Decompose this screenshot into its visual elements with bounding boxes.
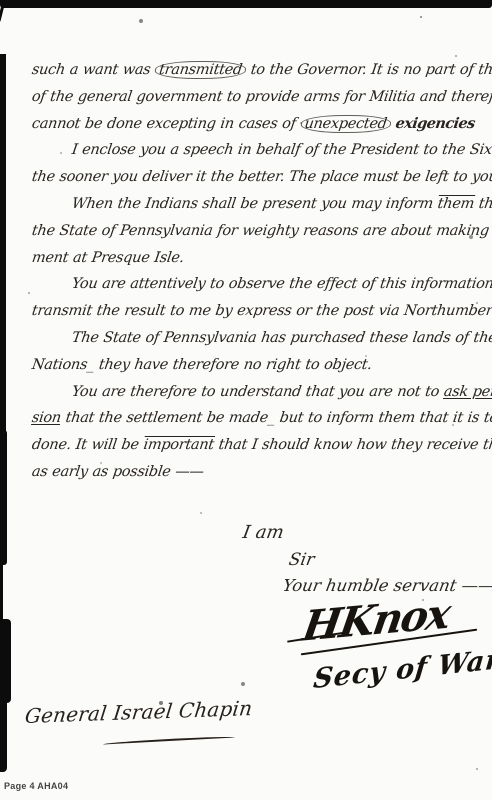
letter-line: When the Indians shall be present you ma… — [30, 191, 492, 218]
line-text: You are therefore to understand that you… — [71, 384, 445, 400]
line-text: such a want was — [31, 62, 156, 78]
scan-corner-mark — [0, 0, 6, 22]
blotted-word: exigencies — [390, 115, 476, 132]
signature-knox: HKnox — [299, 589, 452, 651]
line-text: the State of Pennsylvania for weighty re… — [31, 223, 492, 239]
scan-left-edge-band — [0, 619, 11, 703]
paper-speckles — [0, 0, 2, 2]
scan-left-edge-band — [0, 701, 7, 772]
line-text: that — — [473, 196, 492, 212]
line-text: done. It will be — [31, 437, 145, 453]
letter-line: of the general government to provide arm… — [30, 84, 492, 111]
scan-top-edge-band — [0, 0, 492, 8]
addressee-flourish-underline — [103, 736, 235, 745]
letter-body: such a want was transmitted to the Gover… — [30, 57, 492, 486]
letter-line: Nations_ they have therefore no right to… — [30, 352, 492, 379]
letter-line: the sooner you deliver it the better. Th… — [30, 164, 492, 191]
scan-left-edge-band — [0, 563, 3, 621]
letter-line: done. It will be important that I should… — [30, 432, 492, 459]
line-text: The State of Pennsylvania has purchased … — [71, 330, 492, 346]
line-text: cannot be done excepting in cases of — [31, 116, 302, 132]
letter-line: as early as possible —— — [30, 459, 492, 486]
letter-line: You are attentively to observe the effec… — [30, 271, 492, 298]
line-text: transmit the result to me by express or … — [31, 303, 492, 319]
line-text: to the Governor. It is no part of the du… — [245, 62, 492, 78]
overlined-word: them — [437, 196, 476, 212]
line-text: ment at Presque Isle. — [31, 250, 185, 266]
letter-line: such a want was transmitted to the Gover… — [30, 57, 492, 84]
line-text: as early as possible —— — [31, 464, 205, 480]
letter-line: I enclose you a speech in behalf of the … — [30, 137, 492, 164]
line-text: You are attentively to observe the effec… — [71, 276, 492, 292]
line-text: that I should know how they receive this — [213, 437, 492, 453]
letter-line: The State of Pennsylvania has purchased … — [30, 325, 492, 352]
scan-left-edge-band — [0, 54, 6, 434]
line-text: Nations_ they have therefore no right to… — [31, 357, 373, 373]
line-text: that the settlement be made_ but to info… — [60, 410, 492, 426]
signature-title-secy-of-war: Secy of War — [312, 644, 492, 695]
letter-line: You are therefore to understand that you… — [30, 379, 492, 406]
line-text: the sooner you deliver it the better. Th… — [31, 169, 492, 185]
line-text: I enclose you a speech in behalf of the … — [71, 142, 492, 158]
closing-i-am: I am — [241, 522, 285, 543]
line-text: When the Indians shall be present you ma… — [71, 196, 439, 212]
closing-humble-servant: Your humble servant —— — [281, 576, 492, 595]
line-text: of the general government to provide arm… — [31, 89, 492, 105]
circled-word: unexpected — [299, 115, 392, 133]
overlined-word: important — [142, 437, 215, 453]
addressee-general-israel-chapin: General Israel Chapin — [24, 696, 254, 728]
letter-line: the State of Pennsylvania for weighty re… — [30, 218, 492, 245]
letter-line: transmit the result to me by express or … — [30, 298, 492, 325]
closing-sir: Sir — [287, 550, 316, 570]
letter-line: cannot be done excepting in cases of une… — [30, 111, 492, 138]
underlined-word: ask permis — [443, 384, 492, 400]
circled-word: transmitted — [154, 61, 247, 79]
footer-page-label: Page 4 AHA04 — [4, 781, 68, 791]
underlined-word: sion — [31, 410, 62, 426]
letter-line: sion that the settlement be made_ but to… — [30, 405, 492, 432]
scan-left-edge-band — [0, 430, 7, 565]
letter-line: ment at Presque Isle. — [30, 245, 492, 272]
